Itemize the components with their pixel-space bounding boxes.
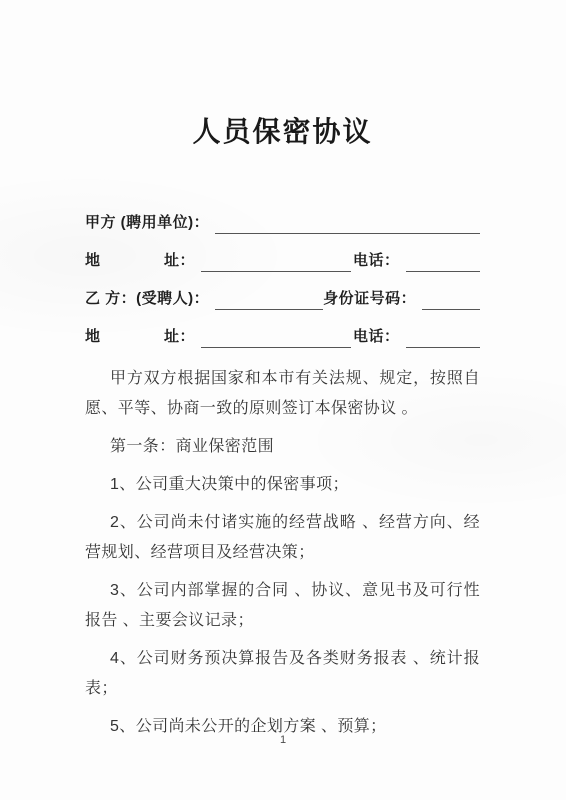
party-a-label: 甲方 (聘用单位)： xyxy=(85,212,209,234)
address-2-blank-line xyxy=(201,328,351,348)
address-label-2-left: 地 xyxy=(85,326,101,348)
party-a-row: 甲方 (聘用单位)： xyxy=(85,212,480,234)
document-title: 人员保密协议 xyxy=(85,112,480,152)
clause-item-1: 1、公司重大决策中的保密事项； xyxy=(85,470,480,500)
id-number-blank-line xyxy=(422,290,480,310)
party-b-blank-line xyxy=(215,290,323,310)
address-label-2: 地 址： xyxy=(85,326,195,348)
clause-item-2: 2、公司尚未付诸实施的经营战略 、经营方向、经营规划、经营项目及经营决策； xyxy=(85,508,480,568)
address-label-left: 地 xyxy=(85,250,101,272)
address-label-right: 址： xyxy=(164,250,195,272)
clause-item-3: 3、公司内部掌握的合同 、协议、意见书及可行性报告 、主要会议记录； xyxy=(85,576,480,636)
agreement-body: 甲方双方根据国家和本市有关法规、规定，按照自愿、平等、协商一致的原则签订本保密协… xyxy=(85,364,480,742)
phone-label: 电话： xyxy=(353,250,400,272)
party-b-address-row: 地 址： 电话： xyxy=(85,326,480,348)
clause-item-4: 4、公司财务预决算报告及各类财务报表 、统计报表； xyxy=(85,644,480,704)
section-heading: 第一条：商业保密范围 xyxy=(85,432,480,462)
party-b-label: 乙 方：(受聘人)： xyxy=(85,288,209,310)
phone-2-blank-line xyxy=(406,328,480,348)
address-label-2-right: 址： xyxy=(164,326,195,348)
phone-blank-line xyxy=(406,252,480,272)
address-blank-line xyxy=(201,252,351,272)
phone-label-2: 电话： xyxy=(353,326,400,348)
id-number-label: 身份证号码： xyxy=(323,288,416,310)
address-label: 地 址： xyxy=(85,250,195,272)
parties-form: 甲方 (聘用单位)： 地 址： 电话： 乙 方：(受聘人)： 身份证号码： 地 … xyxy=(85,212,480,348)
party-a-blank-line xyxy=(215,214,480,234)
intro-paragraph: 甲方双方根据国家和本市有关法规、规定，按照自愿、平等、协商一致的原则签订本保密协… xyxy=(85,364,480,424)
party-a-address-row: 地 址： 电话： xyxy=(85,250,480,272)
page-number: 1 xyxy=(0,734,566,746)
party-b-row: 乙 方：(受聘人)： 身份证号码： xyxy=(85,288,480,310)
document-page: 人员保密协议 甲方 (聘用单位)： 地 址： 电话： 乙 方：(受聘人)： 身份… xyxy=(0,0,566,800)
